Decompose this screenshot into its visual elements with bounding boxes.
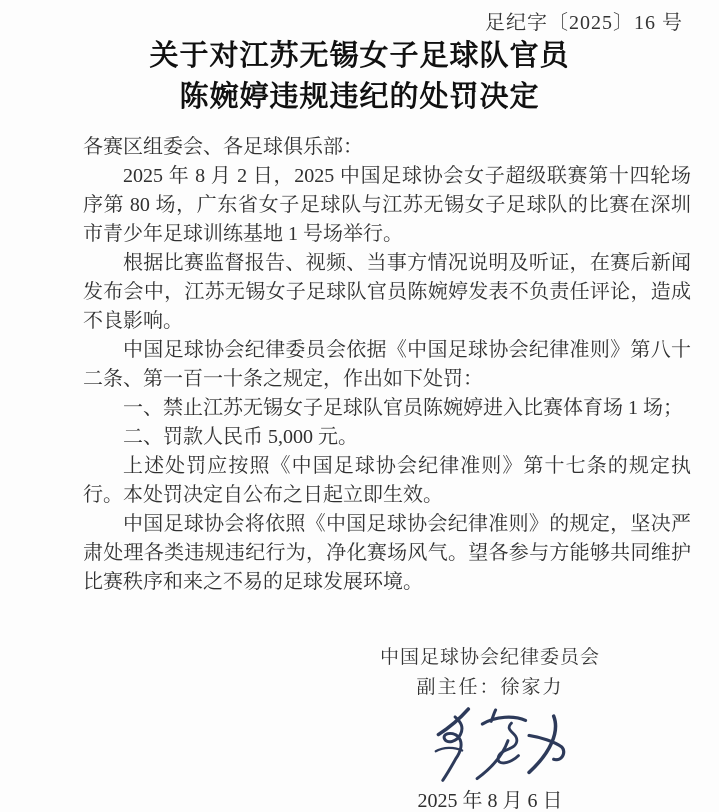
paragraph-legal-basis: 中国足球协会纪律委员会依据《中国足球协会纪律准则》第八十二条、第一百一十条之规定… xyxy=(83,336,691,394)
handwritten-signature-image xyxy=(416,702,584,790)
paragraph-penalty-item-1: 一、禁止江苏无锡女子足球队官员陈婉婷进入比赛体育场 1 场； xyxy=(83,394,691,423)
document-page: 足纪字〔2025〕16 号 关于对江苏无锡女子足球队官员 陈婉婷违规违纪的处罚决… xyxy=(0,0,719,812)
signature-block: 中国足球协会纪律委员会 副主任：徐家力 2025 年 8 月 6 日 xyxy=(352,646,628,812)
doc-number: 足纪字〔2025〕16 号 xyxy=(485,6,683,35)
signature-date: 2025 年 8 月 6 日 xyxy=(352,790,628,812)
signature-org: 中国足球协会纪律委员会 xyxy=(352,646,628,670)
paragraph-penalty-item-2: 二、罚款人民币 5,000 元。 xyxy=(83,423,691,452)
paragraph-execution: 上述处罚应按照《中国足球协会纪律准则》第十七条的规定执行。本处罚决定自公布之日起… xyxy=(83,452,691,510)
paragraph-violation-facts: 根据比赛监督报告、视频、当事方情况说明及听证，在赛后新闻发布会中，江苏无锡女子足… xyxy=(83,249,691,336)
title-line-2: 陈婉婷违规违纪的处罚决定 xyxy=(0,77,719,118)
title-line-1: 关于对江苏无锡女子足球队官员 xyxy=(0,36,719,77)
document-body: 各赛区组委会、各足球俱乐部： 2025 年 8 月 2 日，2025 中国足球协… xyxy=(83,133,691,597)
paragraph-closing-statement: 中国足球协会将依照《中国足球协会纪律准则》的规定，坚决严肃处理各类违规违纪行为，… xyxy=(83,510,691,597)
signature-signer-line: 副主任：徐家力 xyxy=(352,676,628,700)
paragraph-match-info: 2025 年 8 月 2 日，2025 中国足球协会女子超级联赛第十四轮场序第 … xyxy=(83,162,691,249)
document-title: 关于对江苏无锡女子足球队官员 陈婉婷违规违纪的处罚决定 xyxy=(0,36,719,118)
salutation: 各赛区组委会、各足球俱乐部： xyxy=(83,133,691,162)
